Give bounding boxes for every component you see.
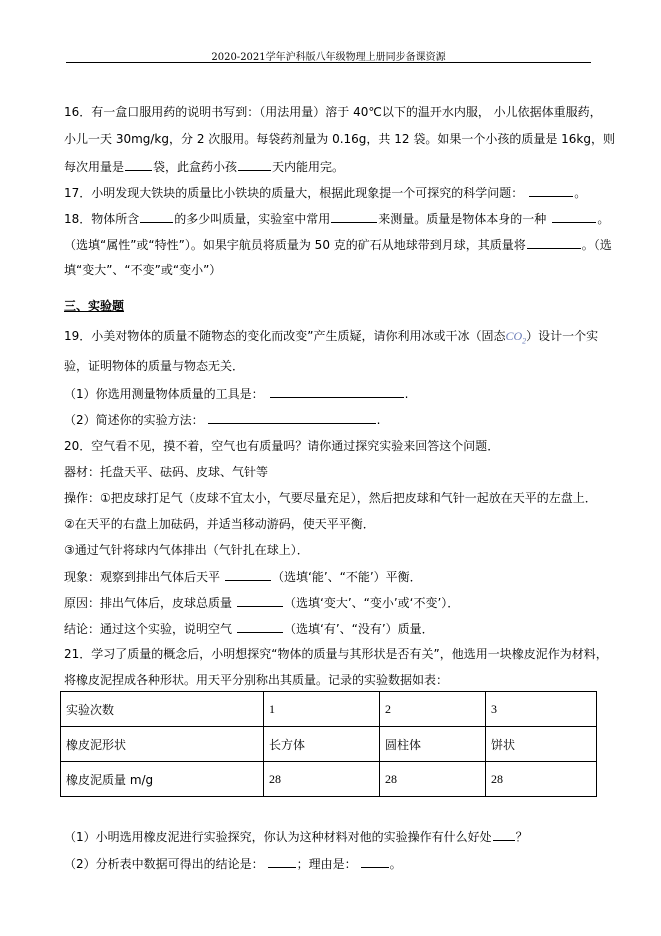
q20-op2: ②在天平的右盘上加砝码，并适当移动游码，使天平平衡． — [64, 516, 375, 532]
table-cell: 28 — [380, 762, 486, 797]
q21-sub1-text: （1）小明选用橡皮泥进行实验探究，你认为这种材料对他的实验操作有什么好处 — [64, 830, 492, 844]
q21-sub2: （2）分析表中数据可得出的结论是：；理由是：。 — [64, 855, 402, 872]
q21-blank-reason[interactable] — [361, 855, 389, 868]
table-cell: 28 — [486, 762, 597, 797]
q19-sub1-text: （1）你选用测量物体质量的工具是： — [64, 387, 264, 401]
q21-line1: 21．学习了质量的概念后，小明想探究“物体的质量与其形状是否有关”，他选用一块橡… — [64, 646, 608, 662]
q21-line2: 将橡皮泥捏成各种形状。用天平分别称出其质量。记录的实验数据如表： — [64, 672, 448, 688]
q16-text-a: 每次用量是 — [64, 160, 124, 174]
q19-blank-tool[interactable] — [270, 385, 404, 398]
q19-line1: 19．小美对物体的质量不随物态的变化而改变”产生质疑，请你利用冰或干冰（固态CO… — [64, 328, 598, 349]
q19-sub2-text: （2）简述你的实验方法： — [64, 413, 204, 427]
q20-phenomenon-options: （选填‘能’、“不能’）平衡． — [272, 570, 422, 584]
table-cell: 圆柱体 — [380, 727, 486, 762]
q16-text-b: 袋，此盒药小孩 — [153, 160, 237, 174]
q20-phenomenon-text: 现象：观察到排出气体后天平 — [64, 570, 220, 584]
q21-blank-benefit[interactable] — [493, 828, 515, 841]
q18-text-line2-end: 。（选 — [582, 238, 612, 252]
table-cell: 1 — [264, 692, 380, 727]
q16-blank-days[interactable] — [238, 158, 271, 171]
section-title-experiments: 三、实验题 — [64, 298, 124, 314]
table-cell: 实验次数 — [61, 692, 264, 727]
table-cell: 橡皮泥质量 m/g — [61, 762, 264, 797]
table-cell: 饼状 — [486, 727, 597, 762]
q20-phenomenon: 现象：观察到排出气体后天平（选填‘能’、“不能’）平衡． — [64, 568, 422, 585]
q20-reason: 原因：排出气体后，皮球总质量（选填‘变大’、“变小’或‘不变’）． — [64, 594, 459, 611]
q18-blank-1[interactable] — [140, 210, 173, 223]
q20-conclusion-options: （选填‘有’、“没有’）质量． — [284, 622, 434, 636]
q19-text-a: 19．小美对物体的质量不随物态的变化而改变”产生质疑，请你利用冰或干冰（固态 — [64, 329, 506, 343]
q20-blank-conclusion[interactable] — [237, 620, 283, 633]
q20-reason-text: 原因：排出气体后，皮球总质量 — [64, 596, 232, 610]
q19-blank-method[interactable] — [208, 411, 376, 424]
q19-sub2: （2）简述你的实验方法：. — [64, 411, 380, 428]
q16-text-c: 天内能用完。 — [272, 160, 344, 174]
q19-text-b: ）设计一个实 — [526, 329, 598, 343]
q20-op3: ③通过气针将球内气体排出（气针扎在球上）． — [64, 542, 309, 558]
q17-blank[interactable] — [529, 184, 573, 197]
experiment-data-table: 实验次数 1 2 3 橡皮泥形状 长方体 圆柱体 饼状 橡皮泥质量 m/g 28… — [60, 691, 597, 797]
q18-line1: 18．物体所含的多少叫质量，实验室中常用来测量。质量是物体本身的一种。 — [64, 210, 609, 227]
q17-text: 17．小明发现大铁块的质量比小铁块的质量大，根据此现象提一个可探究的科学问题： — [64, 186, 523, 200]
table-cell: 橡皮泥形状 — [61, 727, 264, 762]
q19-sub1: （1）你选用测量物体质量的工具是：. — [64, 385, 408, 402]
q20-reason-options: （选填‘变大’、“变小’或‘不变’）． — [284, 596, 459, 610]
q18-text-c: 来测量。质量是物体本身的一种 — [378, 212, 546, 226]
q18-text-a: 18．物体所含 — [64, 212, 139, 226]
q20-conclusion: 结论：通过这个实验，说明空气（选填‘有’、“没有’）质量． — [64, 620, 434, 637]
table-cell: 3 — [486, 692, 597, 727]
q18-line2: （选填“属性”或“特性”）。如果宇航员将质量为 50 克的矿石从地球带到月球，其… — [64, 236, 612, 253]
q20-conclusion-text: 结论：通过这个实验，说明空气 — [64, 622, 232, 636]
table-row: 实验次数 1 2 3 — [61, 692, 597, 727]
table-row: 橡皮泥形状 长方体 圆柱体 饼状 — [61, 727, 597, 762]
q18-text-d: 。 — [597, 212, 609, 226]
q20-line1: 20．空气看不见，摸不着，空气也有质量吗？请你通过探究实验来回答这个问题． — [64, 438, 499, 454]
q18-line3: 填“变大”、“不变”或“变小”） — [64, 262, 221, 278]
q19-sub2-end: . — [377, 413, 381, 427]
q17-end: 。 — [574, 186, 586, 200]
q20-equipment: 器材：托盘天平、砝码、皮球、气针等 — [64, 464, 268, 480]
table-cell: 长方体 — [264, 727, 380, 762]
q21-sub2-reason-label: ；理由是： — [297, 857, 357, 871]
q18-blank-4[interactable] — [527, 236, 581, 249]
q20-blank-reason[interactable] — [237, 594, 283, 607]
q21-sub2-end: 。 — [390, 857, 402, 871]
q20-blank-phenomenon[interactable] — [225, 568, 271, 581]
q19-line2: 验，证明物体的质量与物态无关． — [64, 358, 244, 374]
table-cell: 28 — [264, 762, 380, 797]
q21-blank-conclusion[interactable] — [268, 855, 296, 868]
q18-text-line2: （选填“属性”或“特性”）。如果宇航员将质量为 50 克的矿石从地球带到月球，其… — [64, 238, 526, 252]
q21-sub1-end: ？ — [516, 830, 528, 844]
co2-formula: CO2 — [506, 329, 527, 343]
q20-op1: 操作：①把皮球打足气（皮球不宜太小，气要尽量充足），然后把皮球和气针一起放在天平… — [64, 490, 597, 506]
table-cell: 2 — [380, 692, 486, 727]
page-header: 2020-2021学年沪科版八年级物理上册同步备课资源 — [66, 48, 591, 63]
q16-line1: 16．有一盒口服用药的说明书写到：（用法用量）溶于 40℃以下的温开水内服， 小… — [64, 104, 602, 120]
q21-sub2-text: （2）分析表中数据可得出的结论是： — [64, 857, 264, 871]
table-row: 橡皮泥质量 m/g 28 28 28 — [61, 762, 597, 797]
q16-blank-bags[interactable] — [125, 158, 152, 171]
q16-line3: 每次用量是袋，此盒药小孩天内能用完。 — [64, 158, 344, 175]
header-divider — [66, 62, 591, 63]
q19-sub1-end: . — [405, 387, 409, 401]
q18-text-b: 的多少叫质量，实验室中常用 — [174, 212, 330, 226]
q21-sub1: （1）小明选用橡皮泥进行实验探究，你认为这种材料对他的实验操作有什么好处？ — [64, 828, 528, 845]
q17-line: 17．小明发现大铁块的质量比小铁块的质量大，根据此现象提一个可探究的科学问题：。 — [64, 184, 586, 201]
q18-blank-2[interactable] — [331, 210, 377, 223]
q16-line2: 小儿一天 30mg/kg，分 2 次服用。每袋药剂量为 0.16g，共 12 袋… — [64, 131, 615, 147]
q18-blank-3[interactable] — [552, 210, 596, 223]
